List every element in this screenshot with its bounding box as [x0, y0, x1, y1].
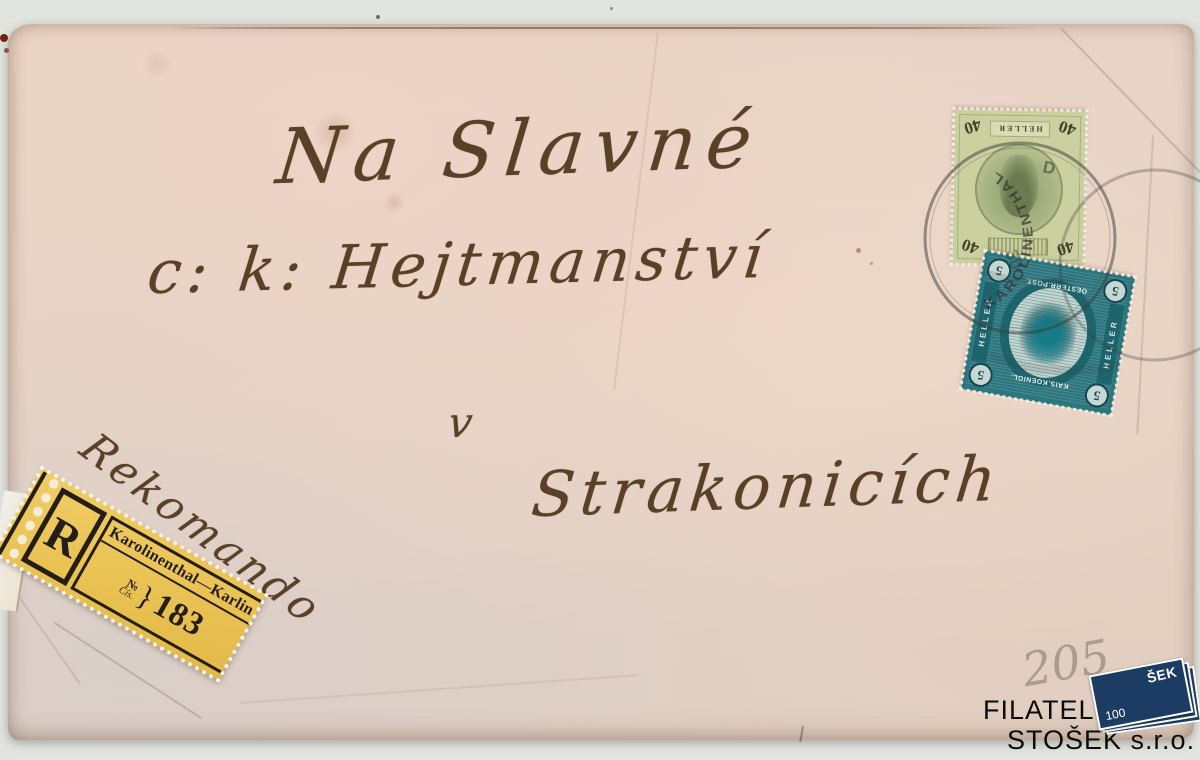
franz-joseph-portrait	[999, 154, 1039, 217]
logo-100-text: 100	[1104, 705, 1126, 723]
rust-spot	[856, 248, 861, 253]
registered-r-letter: R	[36, 505, 91, 567]
green-stamp-value: 40	[1054, 236, 1076, 260]
logo-sek-text: ŠEK	[1145, 664, 1178, 686]
stain	[140, 50, 174, 78]
imperial-eagle-emblem	[1015, 298, 1081, 368]
green-stamp-value: 40	[959, 234, 982, 258]
green-stamp-frame: 40 40 HELLER 40 40	[957, 114, 1082, 261]
green-stamp-banner: HELLER	[990, 120, 1050, 137]
red-spot	[0, 34, 8, 42]
blue-5-heller-stamp: HELLER HELLER KAIS.KOENIGL. OESTERR.POST…	[961, 251, 1135, 415]
green-40-heller-stamp: 40 40 HELLER 40 40	[952, 109, 1087, 266]
green-stamp-value: 40	[1056, 116, 1079, 140]
green-stamp-portrait-oval	[974, 143, 1064, 236]
green-stamp-value: 40	[962, 114, 984, 138]
background-speck	[376, 15, 380, 19]
rust-spot	[870, 262, 873, 265]
red-spot	[4, 48, 9, 53]
blue-stamp-frame: HELLER HELLER KAIS.KOENIGL. OESTERR.POST…	[966, 256, 1131, 411]
address-line-1: Na Slavné	[273, 95, 767, 201]
background-speck	[610, 7, 613, 10]
